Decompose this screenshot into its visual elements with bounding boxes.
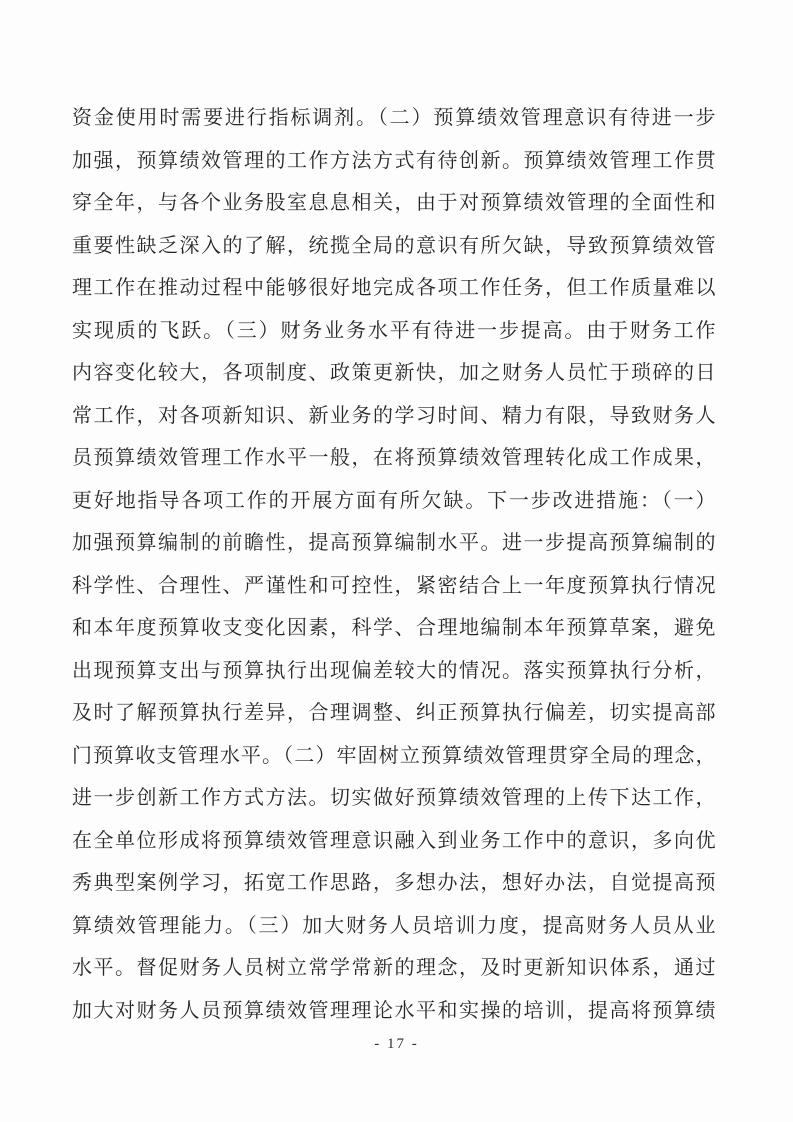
document-page: 资金使用时需要进行指标调剂。（二）预算绩效管理意识有待进一步 加强，预算绩效管理…	[0, 0, 793, 1122]
text-line: 实现质的飞跃。（三）财务业务水平有待进一步提高。由于财务工作	[72, 310, 716, 353]
text-line: 穿全年，与各个业务股室息息相关，由于对预算绩效管理的全面性和	[72, 182, 716, 225]
text-line: 重要性缺乏深入的了解，统揽全局的意识有所欠缺，导致预算绩效管	[72, 225, 716, 268]
text-line: 和本年度预算收支变化因素，科学、合理地编制本年预算草案，避免	[72, 607, 716, 650]
text-line: 内容变化较大，各项制度、政策更新快，加之财务人员忙于琐碎的日	[72, 352, 716, 395]
text-line: 在全单位形成将预算绩效管理意识融入到业务工作中的意识，多向优	[72, 820, 716, 863]
text-line: 更好地指导各项工作的开展方面有所欠缺。下一步改进措施：（一）	[72, 480, 716, 523]
text-line: 加大对财务人员预算绩效管理理论水平和实操的培训，提高将预算绩	[72, 990, 716, 1033]
text-line: 进一步创新工作方式方法。切实做好预算绩效管理的上传下达工作，	[72, 777, 716, 820]
text-line: 及时了解预算执行差异，合理调整、纠正预算执行偏差，切实提高部	[72, 692, 716, 735]
text-line: 科学性、合理性、严谨性和可控性，紧密结合上一年度预算执行情况	[72, 565, 716, 608]
text-line: 算绩效管理能力。（三）加大财务人员培训力度，提高财务人员从业	[72, 905, 716, 948]
text-line: 加强预算编制的前瞻性，提高预算编制水平。进一步提高预算编制的	[72, 522, 716, 565]
page-number: - 17 -	[0, 1036, 793, 1053]
text-line: 出现预算支出与预算执行出现偏差较大的情况。落实预算执行分析，	[72, 650, 716, 693]
text-line: 门预算收支管理水平。（二）牢固树立预算绩效管理贯穿全局的理念，	[72, 735, 716, 778]
text-line: 秀典型案例学习，拓宽工作思路，多想办法，想好办法，自觉提高预	[72, 862, 716, 905]
text-line: 员预算绩效管理工作水平一般，在将预算绩效管理转化成工作成果，	[72, 437, 716, 480]
text-line: 水平。督促财务人员树立常学常新的理念，及时更新知识体系，通过	[72, 947, 716, 990]
text-line: 理工作在推动过程中能够很好地完成各项工作任务，但工作质量难以	[72, 267, 716, 310]
text-line: 常工作，对各项新知识、新业务的学习时间、精力有限，导致财务人	[72, 395, 716, 438]
body-text: 资金使用时需要进行指标调剂。（二）预算绩效管理意识有待进一步 加强，预算绩效管理…	[72, 97, 716, 1032]
text-line: 加强，预算绩效管理的工作方法方式有待创新。预算绩效管理工作贯	[72, 140, 716, 183]
text-line: 资金使用时需要进行指标调剂。（二）预算绩效管理意识有待进一步	[72, 97, 716, 140]
